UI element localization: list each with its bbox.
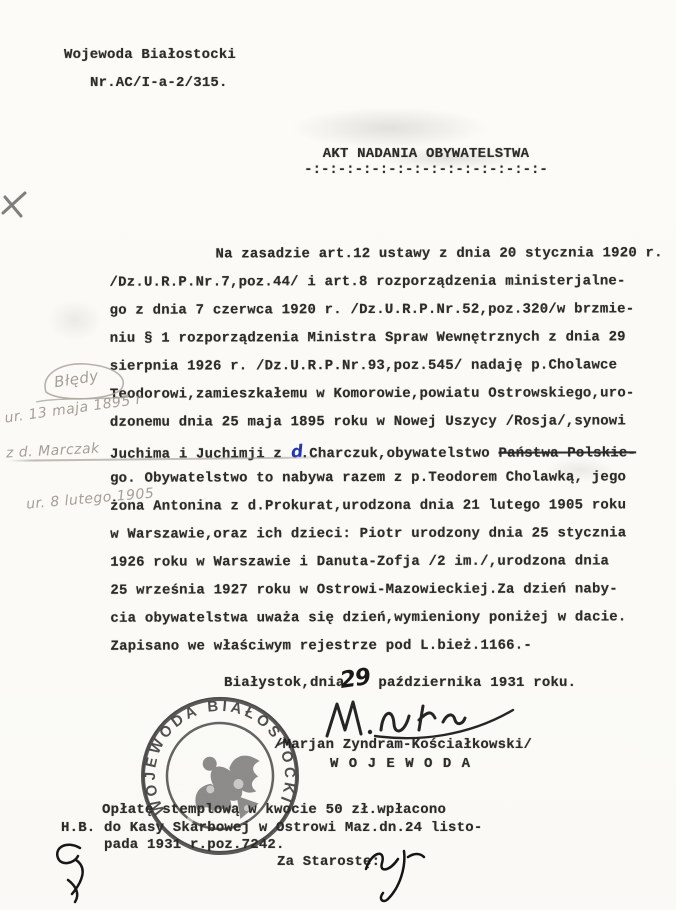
struck-text: Państwa Polskie- [498,445,636,461]
body-line: Na zasadzie art.12 ustawy z dnia 20 styc… [109,245,662,274]
stray-pencil-mark [0,186,40,226]
dateline-year: października 1931 roku. [378,675,576,691]
handwritten-blue-correction: d [290,442,302,463]
dateline-place: Białystok,dnia [224,675,344,691]
document-body: Na zasadzie art.12 ustawy z dnia 20 styc… [109,245,663,666]
typed-text: Na zasadzie art.12 ustawy z dnia 20 styc… [215,245,662,262]
typed-text: dzonemu dnia 25 maja 1895 roku w Nowej U… [110,413,626,430]
body-line: dzonemu dnia 25 maja 1895 roku w Nowej U… [110,413,663,442]
clerk-paraph-ink [46,836,110,906]
body-line: Teodorowi,zamieszkałemu w Komorowie,powi… [110,385,663,414]
body-line: cia obywatelstwa uważa się dzień,wymieni… [110,609,663,638]
voivode-title: W O J E W O D A [330,756,471,772]
body-line: sierpnia 1926 r. /Dz.U.R.P.Nr.93,poz.545… [110,357,663,386]
typed-text: Zapisano we właściwym rejestrze pod L.bi… [110,638,532,655]
reference-number: Nr.AC/I-a-2/315. [64,75,236,91]
fee-note-initials: H.B. [61,820,95,836]
typed-text: żona Antonina z d.Prokurat,urodzona dnia… [110,497,626,514]
body-line: 25 września 1927 roku w Ostrowi-Mazowiec… [110,581,663,610]
body-line: go z dnia 7 czerwca 1920 r. /Dz.U.R.P.Nr… [110,301,663,330]
title-block: AKT NADANIA OBYWATELSTWA -:-:-:-:-:-:-:-… [296,146,556,178]
typed-text: /Dz.U.R.P.Nr.7,poz.44/ i art.8 rozporząd… [110,273,626,290]
body-line: 1926 roku w Warszawie i Danuta-Zofja /2 … [110,553,663,582]
fee-note-line1: Opłatę stemplową w kwocie 50 zł.wpłacono [102,802,446,818]
body-line: Juchima i Juchimji z d.Charczuk,obywatel… [110,441,663,470]
body-line: go. Obywatelstwo to nabywa razem z p.Teo… [110,469,663,498]
typed-text: niu § 1 rozporządzenia Ministra Spraw We… [110,329,626,346]
typed-text: .Charczuk,obywatelstwo [301,446,499,463]
letterhead: Wojewoda Białostocki Nr.AC/I-a-2/315. [64,47,236,91]
body-line: Zapisano we właściwym rejestrze pod L.bi… [110,637,663,666]
staroste-signature-ink [352,843,442,905]
scanned-document-page: Wojewoda Białostocki Nr.AC/I-a-2/315. AK… [0,0,676,910]
title-underline: -:-:-:-:-:-:-:-:-:-:-:-:-:-:- [296,162,556,178]
body-line: niu § 1 rozporządzenia Ministra Spraw We… [110,329,663,358]
body-line: żona Antonina z d.Prokurat,urodzona dnia… [110,497,663,526]
typed-text: Teodorowi,zamieszkałemu w Komorowie,powi… [110,385,635,402]
typed-text: w Warszawie,oraz ich dzieci: Piotr urodz… [110,525,626,542]
dateline: Białystok,dniapaździernika 1931 roku.29 [224,675,576,691]
typed-text: cia obywatelstwa uważa się dzień,wymieni… [110,609,626,626]
body-line: w Warszawie,oraz ich dzieci: Piotr urodz… [110,525,663,554]
typed-text: go z dnia 7 czerwca 1920 r. /Dz.U.R.P.Nr… [110,301,635,318]
typed-text: 25 września 1927 roku w Ostrowi-Mazowiec… [110,581,618,598]
issuing-office: Wojewoda Białostocki [64,47,236,63]
typed-text: go. Obywatelstwo to nabywa razem z p.Teo… [110,469,626,486]
typed-text: sierpnia 1926 r. /Dz.U.R.P.Nr.93,poz.545… [110,357,618,374]
document-title: AKT NADANIA OBYWATELSTWA [296,146,556,162]
fee-note-line2: do Kasy Skarbowej w Ostrowi Maz.dn.24 li… [104,820,482,836]
fee-note-line3: pada 1931 r.poz.7242. [104,837,285,853]
typed-text: 1926 roku w Warszawie i Danuta-Zofja /2 … [110,553,609,570]
body-line: /Dz.U.R.P.Nr.7,poz.44/ i art.8 rozporząd… [110,273,663,302]
handwritten-day: 29 [338,664,371,694]
voivode-typed-name: /Marjan Zyndram-Kościałkowski/ [274,737,532,753]
